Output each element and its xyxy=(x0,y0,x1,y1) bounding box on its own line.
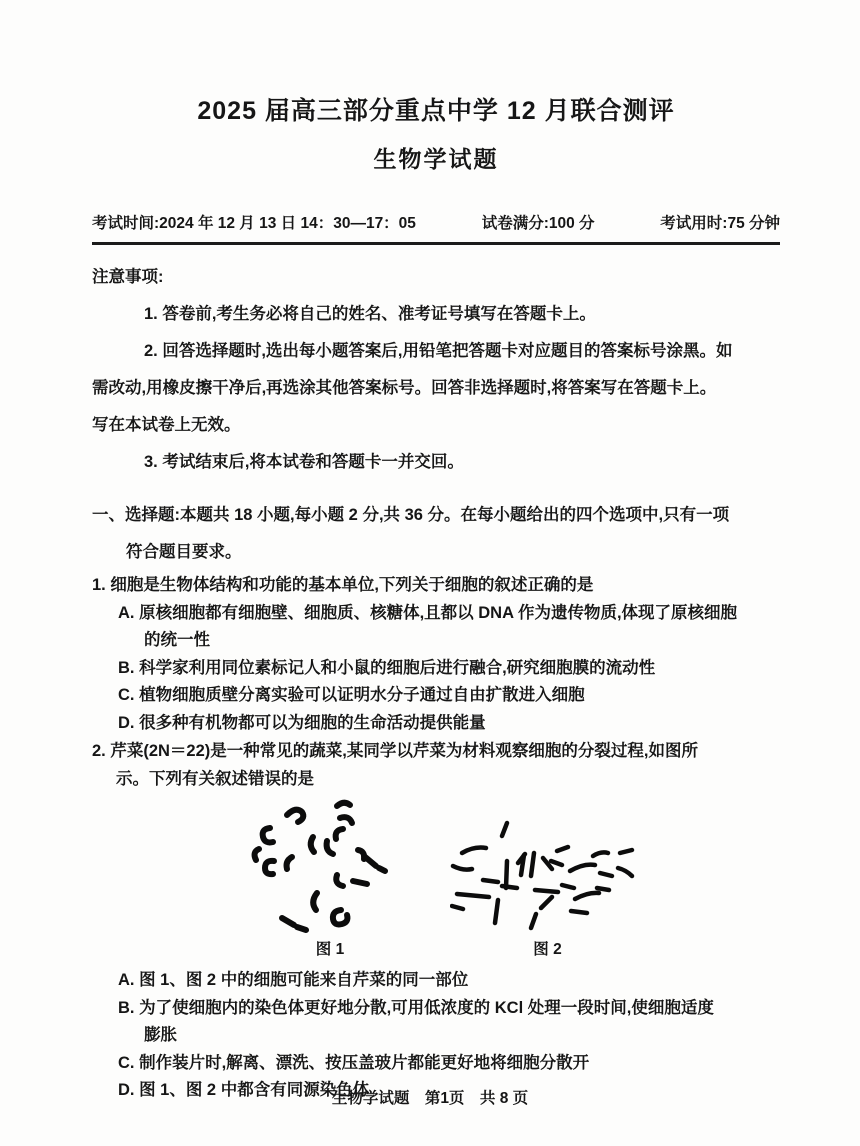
notice-item-2-line-2: 需改动,用橡皮擦干净后,再选涂其他答案标号。回答非选择题时,将答案写在答题卡上。 xyxy=(92,370,780,407)
figure-2-chromosome-spread-image xyxy=(450,811,645,941)
figure-2-label: 图 2 xyxy=(450,937,645,959)
question-1-option-d: D. 很多种有机物都可以为细胞的生命活动提供能量 xyxy=(92,710,780,738)
section-1-header-line-1: 一、选择题:本题共 18 小题,每小题 2 分,共 36 分。在每小题给出的四个… xyxy=(92,497,780,534)
question-1-option-c: C. 植物细胞质壁分离实验可以证明水分子通过自由扩散进入细胞 xyxy=(92,682,780,710)
notice-item-1: 1. 答卷前,考生务必将自己的姓名、准考证号填写在答题卡上。 xyxy=(92,296,780,333)
question-2-figure-area: 图 1 图 2 xyxy=(92,799,780,967)
notice-heading: 注意事项: xyxy=(92,259,780,296)
question-2-stem-line-1: 2. 芹菜(2N＝22)是一种常见的蔬菜,某同学以芹菜为材料观察细胞的分裂过程,… xyxy=(92,738,780,766)
question-1: 1. 细胞是生物体结构和功能的基本单位,下列关于细胞的叙述正确的是 A. 原核细… xyxy=(92,572,780,737)
meta-exam-time: 考试时间:2024 年 12 月 13 日 14：30—17：05 xyxy=(92,211,416,233)
meta-duration: 考试用时:75 分钟 xyxy=(660,211,780,233)
question-2-option-a: A. 图 1、图 2 中的细胞可能来自芹菜的同一部位 xyxy=(92,967,780,995)
notice-item-2-line-1: 2. 回答选择题时,选出每小题答案后,用铅笔把答题卡对应题目的答案标号涂黑。如 xyxy=(92,333,780,370)
exam-meta-row: 考试时间:2024 年 12 月 13 日 14：30—17：05 试卷满分:1… xyxy=(92,211,780,233)
notice-section: 注意事项: 1. 答卷前,考生务必将自己的姓名、准考证号填写在答题卡上。 2. … xyxy=(92,259,780,481)
section-1-header: 一、选择题:本题共 18 小题,每小题 2 分,共 36 分。在每小题给出的四个… xyxy=(92,497,780,571)
exam-title: 2025 届高三部分重点中学 12 月联合测评 xyxy=(92,0,780,128)
notice-item-2-line-3: 写在本试卷上无效。 xyxy=(92,407,780,444)
figure-1-chromosome-spread-image xyxy=(240,799,420,939)
notice-item-3: 3. 考试结束后,将本试卷和答题卡一并交回。 xyxy=(92,444,780,481)
question-1-option-b: B. 科学家利用同位素标记人和小鼠的细胞后进行融合,研究细胞膜的流动性 xyxy=(92,655,780,683)
exam-paper-page: 2025 届高三部分重点中学 12 月联合测评 生物学试题 考试时间:2024 … xyxy=(0,0,860,1146)
question-2-stem-line-2: 示。下列有关叙述错误的是 xyxy=(92,766,780,794)
question-2-option-b-line-2: 膨胀 xyxy=(92,1022,780,1050)
meta-full-score: 试卷满分:100 分 xyxy=(482,211,595,233)
exam-subtitle: 生物学试题 xyxy=(92,128,780,175)
question-2-option-c: C. 制作装片时,解离、漂洗、按压盖玻片都能更好地将细胞分散开 xyxy=(92,1050,780,1078)
page-content: 2025 届高三部分重点中学 12 月联合测评 生物学试题 考试时间:2024 … xyxy=(0,0,860,1105)
section-1-header-line-2: 符合题目要求。 xyxy=(92,534,780,571)
figure-1-label: 图 1 xyxy=(240,937,420,959)
page-footer: 生物学试题 第1页 共 8 页 xyxy=(0,1086,860,1108)
header-divider-rule xyxy=(92,242,780,245)
question-2: 2. 芹菜(2N＝22)是一种常见的蔬菜,某同学以芹菜为材料观察细胞的分裂过程,… xyxy=(92,738,780,1105)
question-1-stem: 1. 细胞是生物体结构和功能的基本单位,下列关于细胞的叙述正确的是 xyxy=(92,572,780,600)
question-1-option-a-line-2: 的统一性 xyxy=(92,627,780,655)
question-1-option-a-line-1: A. 原核细胞都有细胞壁、细胞质、核糖体,且都以 DNA 作为遗传物质,体现了原… xyxy=(92,600,780,628)
question-2-option-b-line-1: B. 为了使细胞内的染色体更好地分散,可用低浓度的 KCl 处理一段时间,使细胞… xyxy=(92,995,780,1023)
